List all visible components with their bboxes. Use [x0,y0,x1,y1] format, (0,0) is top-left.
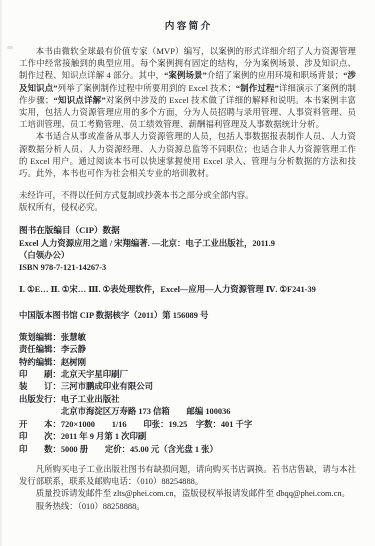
text-segment: 介绍了案例的应用环境和职场背景； [207,71,343,80]
copyright-page: 内 容 简 介 本书由微软全球最有价值专家（MVP）编写，以案例的形式详细介绍了… [0,0,375,546]
colophon-line-format: 开 本：720×1000 1/16 印张：19.25 字数：401 千字 [19,419,356,431]
service-para-returns: 凡所购买电子工业出版社图书有缺损问题，请向购买书店调换。若书店售缺，请与本社发行… [19,464,356,488]
service-para-email: 质量投诉请发邮件至 zlts@phei.com.cn，盗版侵权举报请发邮件至 d… [19,488,356,500]
colophon-line-publisher-address: 北京市海淀区万寿路 173 信箱 邮编 100036 [19,406,356,418]
colophon-line-planning-editor: 策划编辑：张慧敏 [19,332,356,344]
intro-paragraph-1: 本书由微软全球最有价值专家（MVP）编写，以案例的形式详细介绍了人力资源管理工作… [19,46,356,131]
colophon-block: 策划编辑：张慧敏 责任编辑：李云静 特约编辑：赵树刚 印 刷：北京天宇星印刷厂 … [19,332,356,456]
cip-data-block: Excel 人力资源应用之道 / 宋翔编著. —北京：电子工业出版社，2011.… [19,238,356,275]
cip-book-title-line: Excel 人力资源应用之道 / 宋翔编著. —北京：电子工业出版社，2011.… [19,238,356,250]
copyright-notice: 未经许可，不得以任何方式复制或抄袭本书之部分或全部内容。 版权所有，侵权必究。 [19,190,356,214]
scan-edge-artifact [0,0,3,546]
colophon-line-print-run-date: 印 次：2011 年 9 月第 1 次印刷 [19,431,356,443]
colophon-line-responsible-editor: 责任编辑：李云静 [19,344,356,356]
service-info-block: 凡所购买电子工业出版社图书有缺损问题，请向购买书店调换。若书店售缺，请与本社发行… [19,464,356,513]
colophon-line-print-count-price: 印 数：5000 册 定价：45.00 元（含光盘 1 张） [19,444,356,456]
cip-registry-line: 中国版本图书馆 CIP 数据核字（2011）第 156089 号 [19,310,356,322]
highlighted-term-explanation: “知识点详解” [54,96,106,105]
colophon-line-printer: 印 刷：北京天宇星印刷厂 [19,369,356,381]
notice-line-rights-reserved: 版权所有，侵权必究。 [19,202,356,214]
page-title: 内 容 简 介 [19,21,356,33]
text-segment: 列举了案例制作过程中所要用到的 Excel 技术； [58,84,236,93]
intro-paragraph-2: 本书适合从事或准备从事人力资源管理的人员，包括人事数据报表制作人员、人力资源数据… [19,131,356,180]
service-para-hotline: 服务热线：（010）88258888。 [19,501,356,513]
highlighted-term-case-scene: “案例场景” [164,71,207,80]
notice-line-no-copy: 未经许可，不得以任何方式复制或抄袭本书之部分或全部内容。 [19,190,356,202]
colophon-line-binding: 装 订：三河市鹏成印业有限公司 [19,381,356,393]
cip-isbn-line: ISBN 978-7-121-14267-3 [19,262,356,274]
colophon-line-publisher: 出版发行：电子工业出版社 [19,394,356,406]
cip-classification-line: Ⅰ. ①E… Ⅱ. ①宋… Ⅲ. ①表处理软件，Excel—应用—人力资源管理 … [19,284,356,296]
scan-smudge-artifact [7,46,13,49]
cip-heading: 图书在版编目（CIP）数据 [19,224,356,236]
cip-series-line: （白领办公） [19,250,356,262]
highlighted-term-process: “制作过程” [236,84,279,93]
colophon-line-special-editor: 特约编辑：赵树刚 [19,357,356,369]
